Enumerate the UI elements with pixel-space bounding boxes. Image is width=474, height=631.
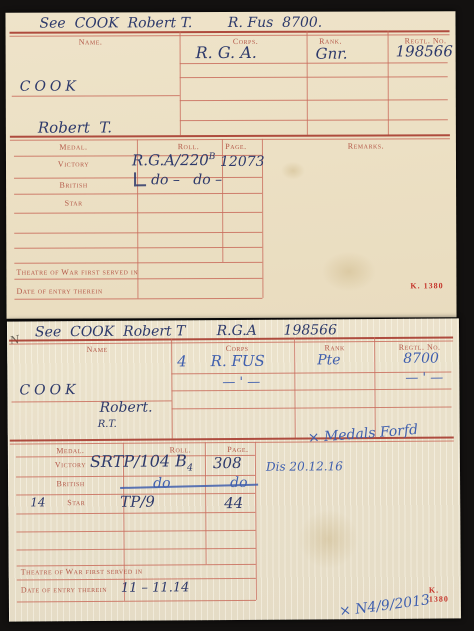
rule-h — [10, 134, 450, 138]
rule-h — [10, 30, 450, 34]
rule-h — [180, 62, 448, 64]
victory-page-value: 308 — [213, 456, 242, 471]
victory-row-label: Victory — [26, 159, 121, 168]
scan-background: See COOK Robert T. R. Fus 8700. Name. Co… — [0, 0, 474, 631]
rule-h — [16, 475, 255, 478]
regtl-no-value: 8700 — [403, 352, 439, 366]
rule-h — [16, 512, 255, 515]
medal-card-bottom: See COOK Robert T R.G.A 198566 N Name Co… — [7, 318, 461, 621]
rule-v — [374, 337, 376, 437]
corps-value: 4 R. FUS — [177, 354, 265, 370]
forenames-value: Robert. — [100, 401, 153, 415]
col-header-rank: Rank — [302, 343, 367, 352]
victory-roll-text: R.G.A/220 — [132, 151, 209, 169]
date-of-entry-label: Date of entry therein — [16, 286, 102, 295]
rule-h — [171, 388, 451, 391]
stain-mark — [321, 251, 376, 291]
rule-v — [171, 338, 173, 438]
remarks-header: Remarks. — [306, 141, 426, 150]
british-ditto-value: do – do – — [151, 173, 222, 187]
rule-h — [180, 76, 448, 78]
star-roll-value: TP/9 — [120, 495, 155, 510]
initials-value: R.T. — [98, 420, 117, 430]
theatre-of-war-label: Theatre of War first served in — [16, 267, 138, 276]
star-row-label: Star — [56, 498, 96, 507]
victory-roll-value: R.G.A/220B — [132, 153, 215, 168]
rule-v — [205, 442, 207, 564]
star-row-label: Star — [26, 198, 121, 207]
british-row-label: British — [28, 479, 113, 489]
medal-card-top: See COOK Robert T. R. Fus 8700. Name. Co… — [5, 11, 456, 319]
form-code: K. 1380 — [429, 585, 461, 603]
british-row-label: British — [26, 180, 121, 189]
rule-h — [10, 138, 450, 141]
corps-ditto-mark: — ' — — [222, 376, 260, 389]
discharge-remark: Dis 20.12.16 — [266, 460, 343, 473]
date-of-entry-label: Date of entry therein — [21, 585, 107, 595]
rule-h — [172, 406, 452, 409]
surname-value: COOK — [19, 383, 79, 397]
rule-v — [294, 338, 296, 438]
star-prefix-1914: 14 — [30, 496, 45, 508]
star-page-value: 44 — [224, 496, 243, 511]
forenames-value: Robert T. — [38, 120, 112, 135]
stain-mark — [298, 509, 358, 569]
rule-h — [180, 99, 448, 101]
page-header: Page. — [211, 142, 261, 151]
rule-h — [16, 530, 255, 533]
rank-value: Pte — [317, 353, 340, 367]
stain-mark — [281, 162, 305, 180]
card-top-handwritten-note: See COOK Robert T. R. Fus 8700. — [39, 16, 322, 31]
col-header-name: Name. — [46, 37, 136, 46]
victory-page-value: 12073 — [220, 155, 265, 169]
medal-header: Medal. — [26, 142, 121, 151]
rule-h — [17, 600, 256, 603]
reference-annotation: × N4/9/2013 — [338, 593, 430, 619]
medal-card-bottom-content: See COOK Robert T R.G.A 198566 N Name Co… — [7, 318, 461, 621]
victory-roll-superscript: B — [209, 152, 216, 162]
rule-h — [14, 298, 262, 300]
corps-value: R. G. A. — [196, 45, 257, 61]
form-code: K. 1380 — [410, 281, 443, 290]
rank-value: Gnr. — [316, 47, 348, 62]
british-ditto-roll: do — [153, 476, 170, 490]
date-of-entry-value: 11 – 11.14 — [121, 581, 190, 594]
surname-value: COOK — [20, 80, 80, 94]
victory-roll-value: SRTP/104 B4 — [90, 453, 193, 474]
victory-roll-subscript: 4 — [187, 462, 193, 473]
rule-v — [255, 442, 257, 600]
rule-h — [12, 95, 180, 97]
ditto-bracket — [134, 172, 146, 186]
rule-h — [180, 119, 448, 121]
col-header-name: Name — [52, 345, 142, 355]
regtl-no-value: 198566 — [396, 44, 453, 59]
theatre-of-war-label: Theatre of War first served in — [21, 567, 143, 577]
rule-h — [17, 548, 256, 551]
regtl-ditto-mark: — ' — — [405, 372, 443, 385]
victory-roll-text: SRTP/104 B — [90, 451, 187, 471]
medals-forfeited-remark: × Medals Forfd — [307, 423, 418, 445]
medal-card-top-content: See COOK Robert T. R. Fus 8700. Name. Co… — [5, 11, 456, 319]
